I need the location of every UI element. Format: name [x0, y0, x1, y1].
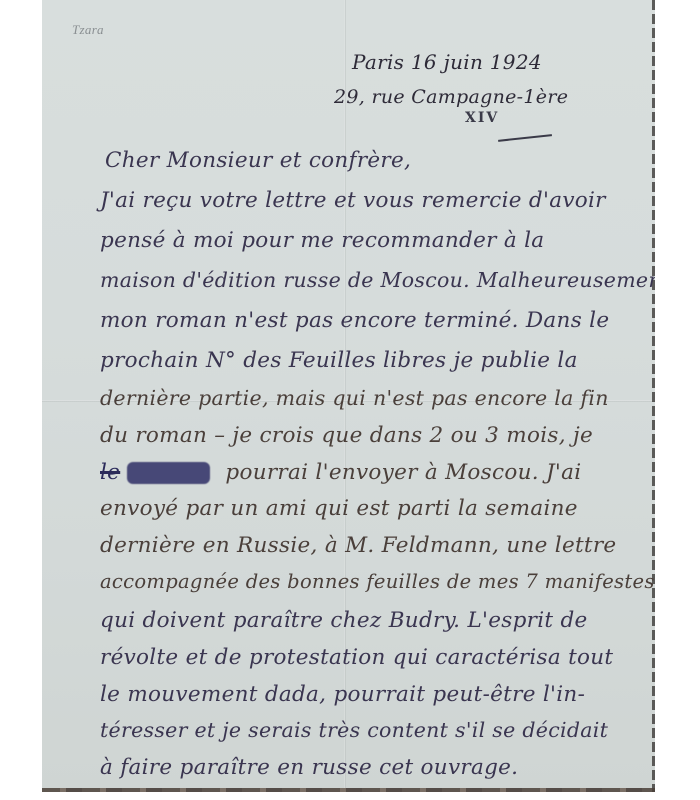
letter-line: qui doivent paraître chez Budry. L'espri…	[100, 610, 588, 632]
archive-pencil-note: Tzara	[72, 22, 104, 38]
arrondissement-numeral: XIV	[465, 110, 499, 126]
letter-line-text: pourrai l'envoyer à Moscou. J'ai	[225, 460, 581, 485]
letter-line: pensé à moi pour me recommander à la	[100, 230, 544, 252]
place-and-date: Paris 16 juin 1924	[352, 50, 542, 74]
letter-line: téresser et je serais très content s'il …	[100, 720, 608, 741]
paper-edge	[652, 0, 655, 792]
letter-line: accompagnée des bonnes feuilles de mes 7…	[100, 572, 655, 592]
page: Tzara Paris 16 juin 1924 29, rue Campagn…	[0, 0, 700, 800]
letter-line-with-strikeout: le pourrai pourrai l'envoyer à Moscou. J…	[100, 462, 581, 484]
letter-line: mon roman n'est pas encore terminé. Dans…	[100, 310, 609, 332]
letter-line: révolte et de protestation qui caractéri…	[100, 647, 613, 669]
salutation: Cher Monsieur et confrère,	[105, 150, 411, 172]
letter-line: du roman – je crois que dans 2 ou 3 mois…	[100, 425, 593, 447]
roman-numeral-overline	[498, 134, 552, 141]
letter-line: le mouvement dada, pourrait peut-être l'…	[100, 684, 585, 706]
struck-word: le	[100, 460, 120, 485]
letter-line: dernière partie, mais qui n'est pas enco…	[100, 388, 609, 409]
letter-line: prochain N° des Feuilles libres je publi…	[100, 350, 578, 372]
letter-sheet: Tzara Paris 16 juin 1924 29, rue Campagn…	[42, 0, 655, 792]
sender-address: 29, rue Campagne-1ère	[334, 86, 568, 108]
letter-line: envoyé par un ami qui est parti la semai…	[100, 498, 578, 520]
ink-blot-struck-word: pourrai	[127, 462, 210, 484]
letter-line: maison d'édition russe de Moscou. Malheu…	[100, 270, 655, 291]
letter-line: J'ai reçu votre lettre et vous remercie …	[100, 190, 606, 212]
letter-line: à faire paraître en russe cet ouvrage.	[100, 757, 518, 779]
letter-line: dernière en Russie, à M. Feldmann, une l…	[100, 535, 616, 557]
